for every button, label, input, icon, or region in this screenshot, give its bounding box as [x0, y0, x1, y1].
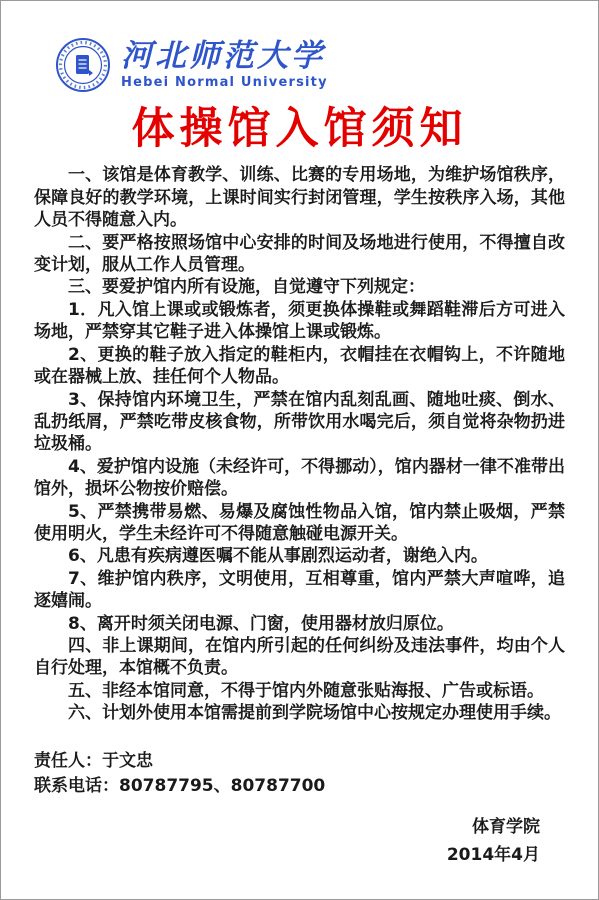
notice-page: 河北师范大学 Hebei Normal University 体操馆入馆须知 一…	[0, 0, 599, 900]
notice-paragraph: 8、离开时须关闭电源、门窗，使用器材放归原位。	[34, 613, 565, 635]
notice-title: 体操馆入馆须知	[1, 105, 598, 154]
contact-block: 责任人：于文忠 联系电话：80787795、80787700	[34, 749, 565, 799]
notice-body: 一、该馆是体育教学、训练、比赛的专用场地，为维护场馆秩序，保障良好的教学环境，上…	[34, 164, 565, 724]
notice-paragraph: 1．凡入馆上课或或锻炼者，须更换体操鞋或舞蹈鞋滞后方可进入场地，严禁穿其它鞋子进…	[34, 299, 565, 344]
notice-paragraph: 一、该馆是体育教学、训练、比赛的专用场地，为维护场馆秩序，保障良好的教学环境，上…	[34, 164, 565, 231]
university-name-english: Hebei Normal University	[121, 75, 328, 90]
signature-block: 体育学院 2014年4月	[1, 813, 540, 869]
notice-paragraph: 六、计划外使用本馆需提前到学院场馆中心按规定办理使用手续。	[34, 702, 565, 724]
notice-paragraph: 二、要严格按照场馆中心安排的时间及场地进行使用，不得擅自改变计划，服从工作人员管…	[34, 232, 565, 277]
notice-paragraph: 7、维护馆内秩序，文明使用，互相尊重，馆内严禁大声喧哗，追逐嬉闹。	[34, 568, 565, 613]
notice-paragraph: 3、保持馆内环境卫生，严禁在馆内乱刻乱画、随地吐痰、倒水、乱扔纸屑，严禁吃带皮核…	[34, 389, 565, 456]
notice-paragraph: 4、爱护馆内设施（未经许可，不得挪动），馆内器材一律不准带出馆外，损坏公物按价赔…	[34, 456, 565, 501]
notice-paragraph: 6、凡患有疾病遵医嘱不能从事剧烈运动者，谢绝入内。	[34, 545, 565, 567]
university-name-block: 河北师范大学 Hebei Normal University	[121, 40, 328, 90]
university-header: 河北师范大学 Hebei Normal University	[55, 37, 598, 93]
university-seal-icon	[55, 37, 111, 93]
notice-paragraph: 五、非经本馆同意，不得于馆内外随意张贴海报、广告或标语。	[34, 680, 565, 702]
university-name-chinese: 河北师范大学	[121, 40, 328, 73]
signature-department: 体育学院	[1, 813, 540, 841]
signature-date: 2014年4月	[1, 841, 540, 869]
notice-paragraph: 2、更换的鞋子放入指定的鞋柜内，衣帽挂在衣帽钩上，不许随地或在器械上放、挂任何个…	[34, 344, 565, 389]
contact-phone-line: 联系电话：80787795、80787700	[34, 774, 565, 799]
notice-paragraph: 四、非上课期间，在馆内所引起的任何纠纷及违法事件，均由个人自行处理，本馆概不负责…	[34, 635, 565, 680]
notice-paragraph: 5、严禁携带易燃、易爆及腐蚀性物品入馆，馆内禁止吸烟，严禁使用明火，学生未经许可…	[34, 501, 565, 546]
responsible-person-line: 责任人：于文忠	[34, 749, 565, 774]
notice-paragraph: 三、要爱护馆内所有设施，自觉遵守下列规定：	[34, 276, 565, 298]
